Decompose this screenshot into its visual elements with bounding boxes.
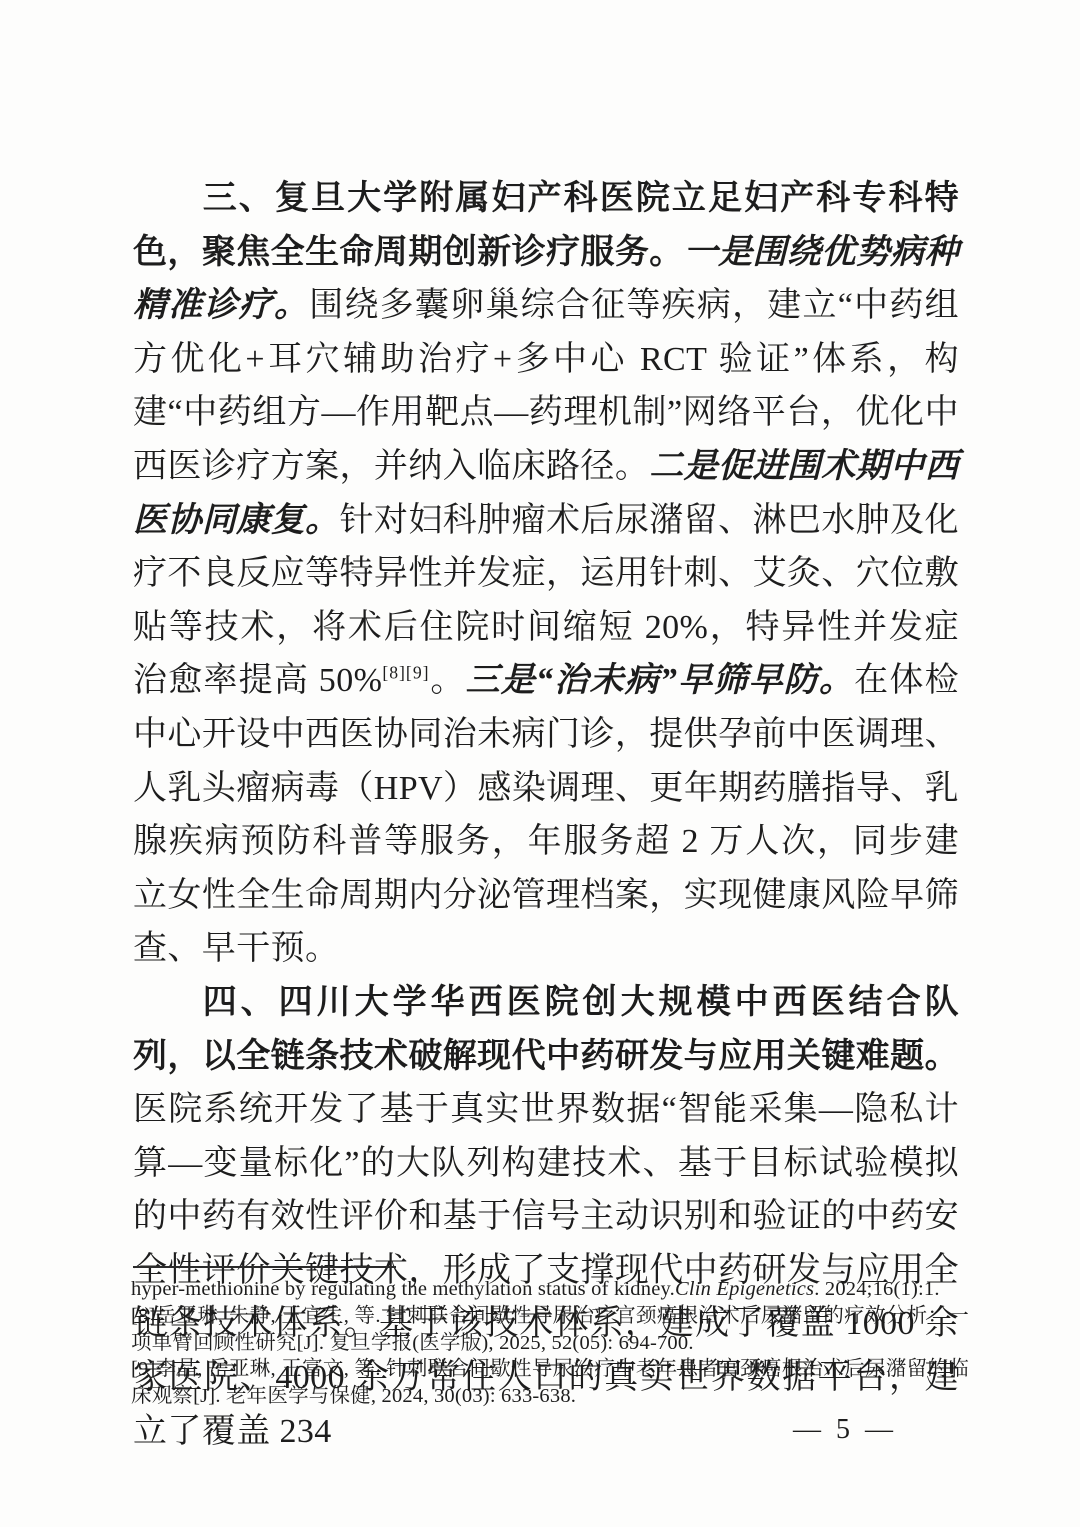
document-page: 三、复旦大学附属妇产科医院立足妇产科专科特色，聚焦全生命周期创新诊疗服务。一是围… [0,0,1080,1527]
footnote: hyper-methionine by regulating the methy… [131,1276,969,1303]
text-segment: 。 [430,662,466,699]
footnote: [9]李晶, 岳亚琳, 王富文, 等. 针刺联合间歇性导尿治疗中老年患者官颈癌根… [131,1356,969,1410]
text-segment: 四、四川大学华西医院创大规模中西医结合队列，以全链条技术破解现代中药研发与应用关… [133,984,959,1075]
text-segment: Clin Epigenetics [675,1278,814,1300]
text-segment: . 2024;16(1):1. [814,1278,939,1300]
footnote-reference: [8][9] [382,663,429,683]
text-segment: 在体检中心开设中西医协同治未病门诊，提供孕前中医调理、人乳头瘤病毒（HPV）感染… [133,662,959,967]
footnote-separator [133,1266,396,1268]
paragraph: 三、复旦大学附属妇产科医院立足妇产科专科特色，聚焦全生命周期创新诊疗服务。一是围… [133,172,959,976]
text-segment: [9]李晶, 岳亚琳, 王富文, 等. 针刺联合间歇性导尿治疗中老年患者官颈癌根… [131,1358,969,1407]
footnote: [8]岳亚琳, 朱静, 王宜生, 等. 针刺联合间歇性导尿治疗官颈癌根治术后尿潴… [131,1303,969,1357]
page-number: — 5 — [793,1414,897,1446]
text-segment: [8]岳亚琳, 朱静, 王宜生, 等. 针刺联合间歇性导尿治疗官颈癌根治术后尿潴… [131,1305,969,1354]
text-segment: hyper-methionine by regulating the methy… [131,1278,675,1300]
footnotes-block: hyper-methionine by regulating the methy… [131,1276,969,1410]
text-segment: 三是“治未病”早筛早防。 [466,662,855,699]
